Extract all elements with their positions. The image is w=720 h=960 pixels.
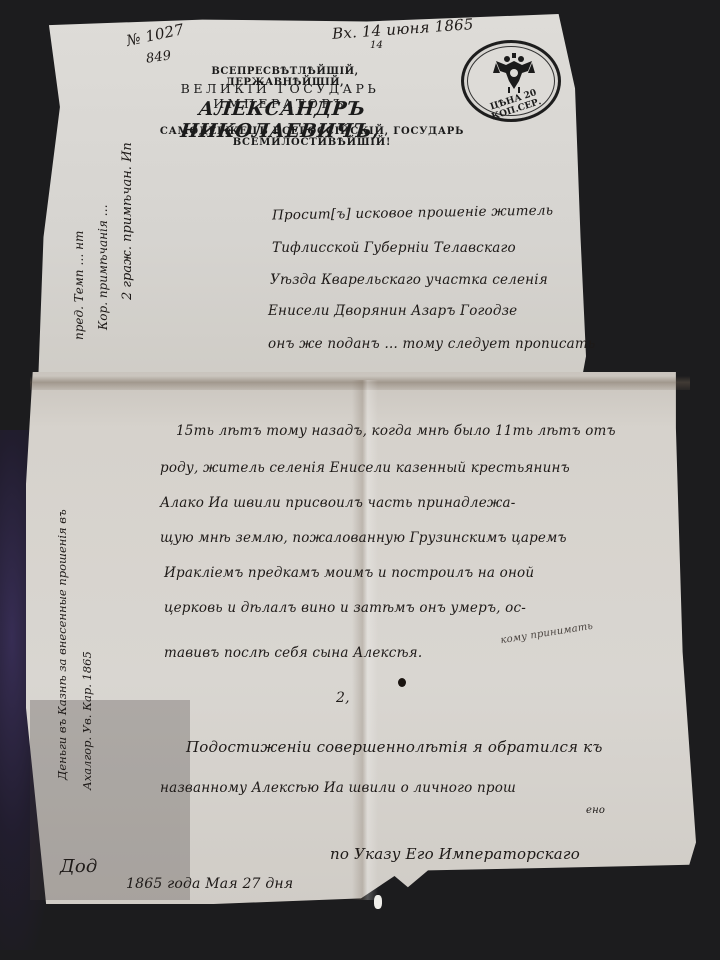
margin-note-bottom-2: Ахалгор. Ув. Кар. 1865 [80,651,94,790]
page-marker: 2, [336,690,350,706]
margin-note-top-1: пред. Темп … нт [72,231,86,340]
body-line-4: Енисели Дворянин Азаръ Гогодзе [268,303,517,319]
body-line-6: 15ть лѣтъ тому назадъ, когда мнѣ было 11… [176,423,616,439]
stamp-seal: ЦѢНА 20 КОП.СЕР. [461,40,561,122]
closing-note: ено [586,805,605,816]
vertical-fold-crease [352,380,378,900]
body-line-3: Уѣзда Кварельскаго участка селенія [270,272,548,288]
closing-line-1: Подостиженіи совершеннолѣтія я обратился… [186,738,603,756]
ink-blot [398,678,406,687]
body-line-8: Алако Иа швили присвоилъ часть принадлеж… [160,495,515,511]
body-line-12: тавивъ послѣ себя сына Алексѣя. [164,645,422,661]
body-line-7: роду, житель селенія Енисели казенный кр… [160,460,570,476]
signature-mark: Дод [60,856,97,877]
header-line-4: САМОДЕРЖЕЦЪ ВСЕРОССІЙСКІЙ, ГОСУДАРЬ ВСЕМ… [92,126,532,148]
decree-line: по Указу Его Императорскаго [330,845,580,863]
date-line: 1865 года Мая 27 дня [126,876,293,892]
margin-note-top-2: Кор. примѣчанія … [96,204,110,330]
body-line-11: церковь и дѣлалъ вино и затѣмъ онъ умеръ… [164,600,526,616]
margin-note-bottom-1: Деньги въ Казнѣ за внесенные прошенія въ [55,509,69,780]
body-line-10: Иракліемъ предкамъ моимъ и построилъ на … [164,565,534,581]
shadow-region [30,700,190,900]
paper-tear [374,895,382,909]
margin-note-top-3: 2 граж. примѣчан. Ип [120,142,135,300]
received-sub: 14 [370,40,383,51]
body-line-5: онъ же поданъ … тому следует прописать [268,336,595,352]
double-headed-eagle-icon [492,51,536,95]
body-line-9: щую мнѣ землю, пожалованную Грузинскимъ … [160,530,567,546]
closing-line-2: названному Алексѣю Иа швили о личного пр… [160,780,516,796]
body-line-2: Тифлисской Губерніи Телавскаго [272,240,516,256]
